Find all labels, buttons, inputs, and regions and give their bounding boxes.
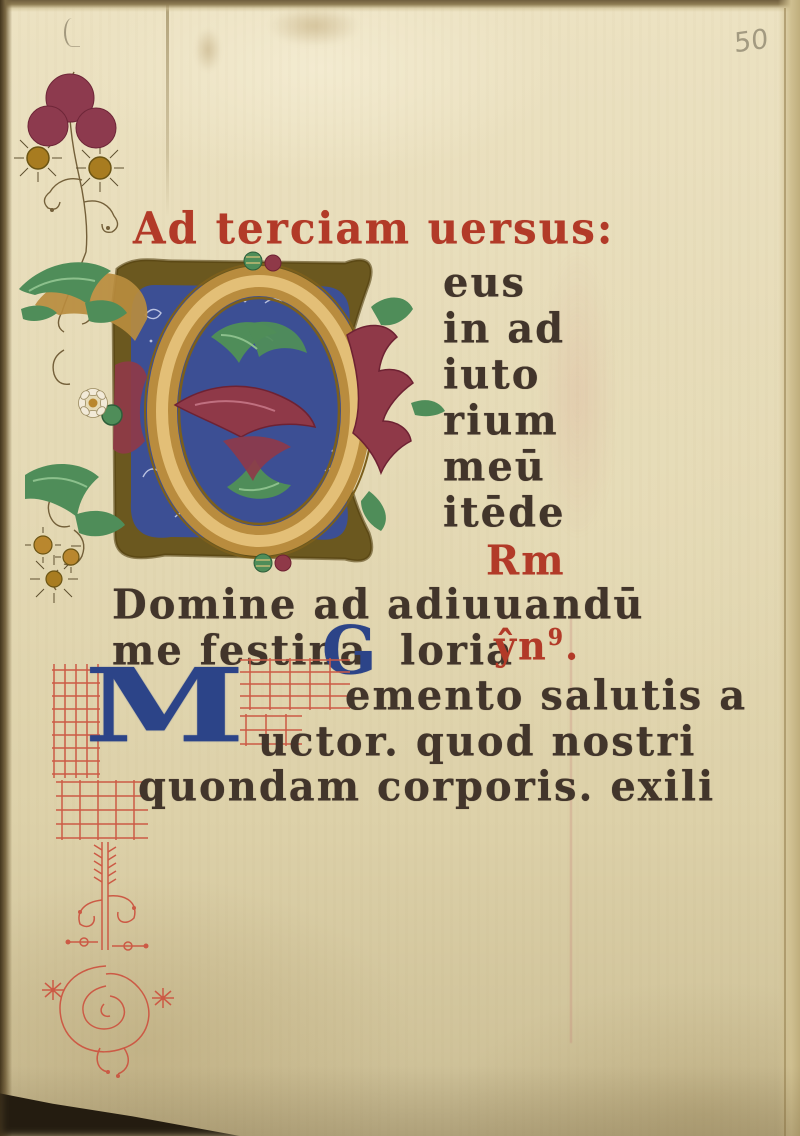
- stray-pen-mark: [64, 18, 80, 47]
- stain-small: [195, 28, 221, 72]
- right-acanthus: [347, 297, 445, 531]
- memento-line-3: quondam corporis. exili: [138, 762, 715, 811]
- text-line: itēde: [443, 488, 566, 537]
- hymn-mark-base: ŷn: [494, 622, 548, 669]
- page-fold-line: [784, 8, 786, 1136]
- hymn-mark-punct: .: [565, 622, 580, 669]
- penwork-initial-M: M: [84, 655, 245, 757]
- page-left-edge: [0, 0, 12, 1136]
- stain-top: [268, 6, 360, 46]
- manuscript-page-photo: 50: [0, 0, 800, 1136]
- response-mark: Rm: [486, 536, 566, 585]
- memento-line-2: uctor. quod nostri: [258, 717, 697, 766]
- folio-number: 50: [734, 24, 769, 60]
- hymn-abbreviation: ŷn9.: [494, 622, 580, 669]
- page-top-edge: [0, 0, 800, 12]
- text-line: rium: [443, 396, 559, 445]
- text-line: meū: [443, 442, 546, 491]
- hymn-mark-superscript: 9: [548, 624, 565, 651]
- text-line: in ad: [443, 304, 565, 353]
- text-line: iuto: [443, 350, 540, 399]
- page-right-edge: [778, 0, 800, 1136]
- memento-line-1: emento salutis a: [345, 671, 747, 720]
- illuminated-initial-D: [15, 245, 465, 590]
- text-line: eus: [443, 258, 526, 307]
- white-daisy: [79, 389, 108, 418]
- bottomleft-acanthus: [25, 464, 125, 573]
